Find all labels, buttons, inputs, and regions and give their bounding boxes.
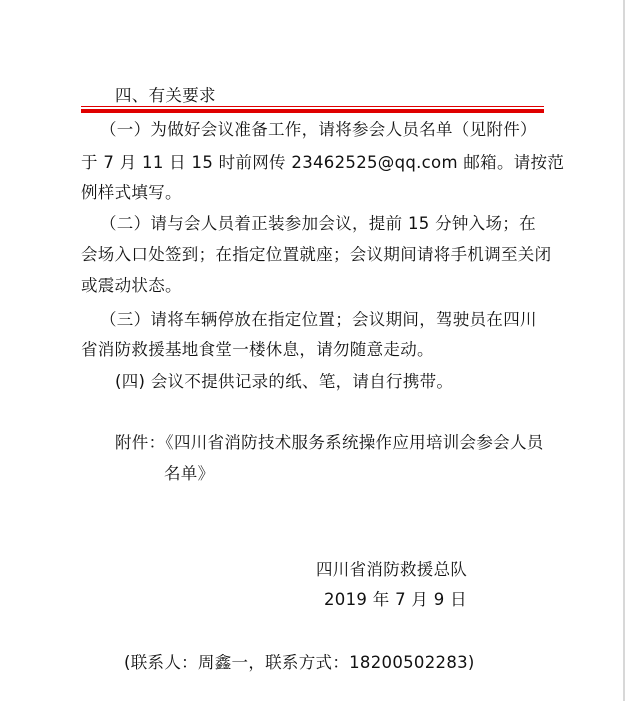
red-rule-thin [81, 106, 544, 107]
signature-date: 2019 年 7 月 9 日 [324, 586, 467, 610]
signature-org: 四川省消防救援总队 [316, 556, 467, 580]
paragraph-1-line-2: 于 7 月 11 日 15 时前网传 23462525@qq.com 邮箱。请按… [81, 149, 564, 173]
paragraph-4-line-1: (四) 会议不提供记录的纸、笔，请自行携带。 [115, 368, 453, 392]
paragraph-1-line-3: 例样式填写。 [81, 179, 182, 203]
attachment-line-1: 附件：《四川省消防技术服务系统操作应用培训会参会人员 [115, 429, 544, 453]
paragraph-2-line-1: （二）请与会人员着正装参加会议，提前 15 分钟入场；在 [100, 210, 536, 234]
paragraph-2-line-2: 会场入口处签到；在指定位置就座；会议期间请将手机调至关闭 [81, 241, 551, 265]
red-rule-thick [81, 109, 544, 113]
paragraph-3-line-2: 省消防救援基地食堂一楼休息，请勿随意走动。 [81, 336, 434, 360]
contact-info: (联系人：周鑫一，联系方式：18200502283) [124, 649, 475, 673]
section-heading: 四、有关要求 [115, 82, 216, 106]
attachment-line-2: 名单》 [164, 460, 214, 484]
paragraph-1-line-1: （一）为做好会议准备工作，请将参会人员名单（见附件） [100, 116, 537, 140]
paragraph-3-line-1: （三）请将车辆停放在指定位置；会议期间，驾驶员在四川 [100, 306, 537, 330]
paragraph-2-line-3: 或震动状态。 [81, 272, 182, 296]
